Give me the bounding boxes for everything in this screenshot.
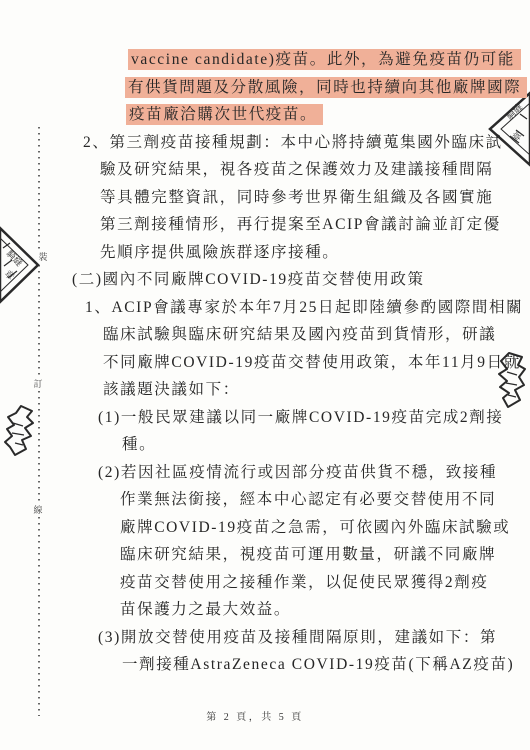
document-line: vaccine candidate)疫苗。此外，為避免疫苗仍可能: [0, 46, 530, 74]
highlighted-text: 疫苗廠洽購次世代疫苗。: [126, 104, 323, 125]
document-body: vaccine candidate)疫苗。此外，為避免疫苗仍可能有供貨問題及分散…: [0, 46, 530, 679]
document-line: 該議題決議如下：: [0, 376, 530, 404]
document-line: 1、ACIP會議專家於本年7月25日起即陸續參酌國際間相關: [0, 294, 530, 322]
document-line: (3)開放交替使用疫苗及接種間隔原則，建議如下：第: [0, 624, 530, 652]
document-line: 先順序提供風險族群逐序接種。: [0, 239, 530, 267]
document-line: 一劑接種AstraZeneca COVID-19疫苗(下稱AZ疫苗): [0, 651, 530, 679]
document-line: 疫苗交替使用之接種作業，以促使民眾獲得2劑疫: [0, 569, 530, 597]
document-line: 種。: [0, 431, 530, 459]
document-line: 作業無法銜接，經本中心認定有必要交替使用不同: [0, 486, 530, 514]
document-line: (2)若因社區疫情流行或因部分疫苗供貨不穩，致接種: [0, 459, 530, 487]
document-line: 2、第三劑疫苗接種規劃：本中心將持續蒐集國外臨床試: [0, 129, 530, 157]
document-line: 第三劑接種情形，再行提案至ACIP會議討論並訂定優: [0, 211, 530, 239]
highlighted-text: vaccine candidate)疫苗。此外，為避免疫苗仍可能: [128, 49, 521, 70]
document-line: 等具體完整資訊，同時參考世界衛生組織及各國實施: [0, 184, 530, 212]
highlighted-text: 有供貨問題及分散風險，同時也持續向其他廠牌國際: [125, 77, 527, 98]
document-line: (1)一般民眾建議以同一廠牌COVID-19疫苗完成2劑接: [0, 404, 530, 432]
scanned-document-page: 裝 訂 線 騎縫 章 騎縫 章: [0, 0, 530, 750]
document-line: 疫苗廠洽購次世代疫苗。: [0, 101, 530, 129]
document-line: 廠牌COVID-19疫苗之急需，可依國內外臨床試驗或: [0, 514, 530, 542]
page-number: 第 2 頁，共 5 頁: [160, 708, 350, 723]
document-line: 臨床研究結果，視疫苗可運用數量，研議不同廠牌: [0, 541, 530, 569]
document-line: 臨床試驗與臨床研究結果及國內疫苗到貨情形，研議: [0, 321, 530, 349]
document-line: 驗及研究結果，視各疫苗之保護效力及建議接種間隔: [0, 156, 530, 184]
document-line: 不同廠牌COVID-19疫苗交替使用政策，本年11月9日就: [0, 349, 530, 377]
document-line: 有供貨問題及分散風險，同時也持續向其他廠牌國際: [0, 74, 530, 102]
document-line: 苗保護力之最大效益。: [0, 596, 530, 624]
document-line: (二)國內不同廠牌COVID-19疫苗交替使用政策: [0, 266, 530, 294]
